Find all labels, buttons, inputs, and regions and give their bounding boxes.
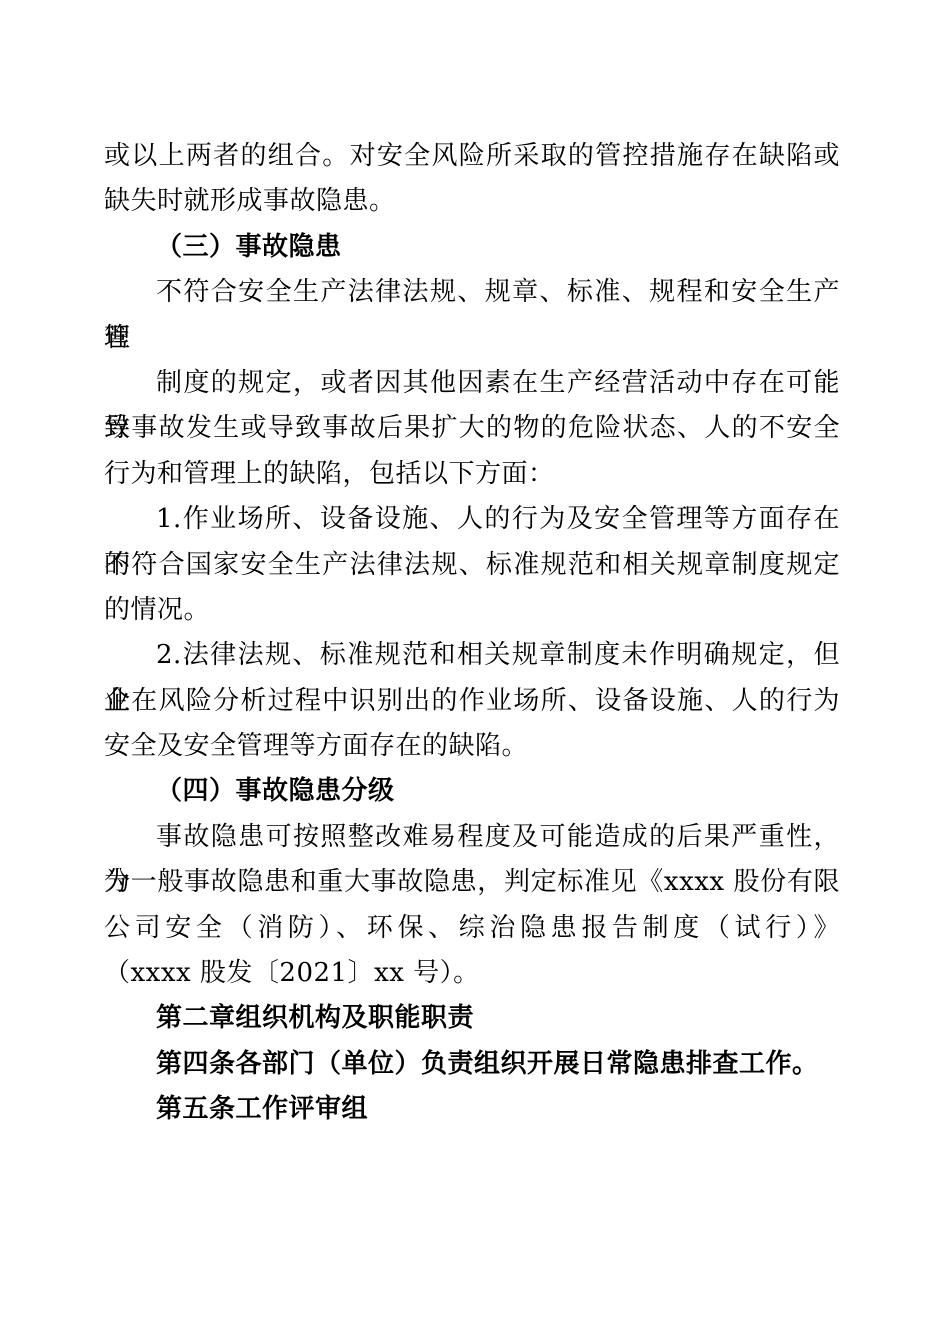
document-page: { "page": { "background_color": "#ffffff… bbox=[0, 0, 950, 1344]
page-background: 或以上两者的组合。对安全风险所采取的管控措施存在缺陷或缺失时就形成事故隐患。（三… bbox=[0, 0, 950, 1344]
document-text-block: 或以上两者的组合。对安全风险所采取的管控措施存在缺陷或缺失时就形成事故隐患。（三… bbox=[104, 134, 840, 1133]
text-line: 缺失时就形成事故隐患。 bbox=[104, 179, 840, 224]
text-line: 理 bbox=[104, 316, 840, 361]
text-line: 1.作业场所、设备设施、人的行为及安全管理等方面存在的 bbox=[104, 497, 840, 542]
text-line: 事故隐患可按照整改难易程度及可能造成的后果严重性，分 bbox=[104, 815, 840, 860]
text-line: 安全及安全管理等方面存在的缺陷。 bbox=[104, 724, 840, 769]
text-line: 的情况。 bbox=[104, 588, 840, 633]
heading-line: 第五条工作评审组 bbox=[104, 1087, 840, 1132]
text-line: 为一般事故隐患和重大事故隐患，判定标准见《xxxx 股份有限 bbox=[104, 860, 840, 905]
text-line: 致事故发生或导致事故后果扩大的物的危险状态、人的不安全 bbox=[104, 406, 840, 451]
heading-line: 第四条各部门（单位）负责组织开展日常隐患排查工作。 bbox=[104, 1042, 840, 1087]
heading-line: （四）事故隐患分级 bbox=[104, 769, 840, 814]
text-line: 制度的规定，或者因其他因素在生产经营活动中存在可能导 bbox=[104, 361, 840, 406]
heading-line: 第二章组织机构及职能职责 bbox=[104, 996, 840, 1041]
text-line: 2.法律法规、标准规范和相关规章制度未作明确规定，但企 bbox=[104, 633, 840, 678]
text-line: 或以上两者的组合。对安全风险所采取的管控措施存在缺陷或 bbox=[104, 134, 840, 179]
text-line: 不符合国家安全生产法律法规、标准规范和相关规章制度规定 bbox=[104, 543, 840, 588]
text-line: 业在风险分析过程中识别出的作业场所、设备设施、人的行为 bbox=[104, 679, 840, 724]
text-line: 公司安全（消防）、环保、综治隐患报告制度（试行）》 bbox=[104, 906, 840, 951]
heading-line: （三）事故隐患 bbox=[104, 225, 840, 270]
text-line: 不符合安全生产法律法规、规章、标准、规程和安全生产管 bbox=[104, 270, 840, 315]
text-line: 行为和管理上的缺陷，包括以下方面： bbox=[104, 452, 840, 497]
text-line: （xxxx 股发〔2021〕xx 号）。 bbox=[104, 951, 840, 996]
